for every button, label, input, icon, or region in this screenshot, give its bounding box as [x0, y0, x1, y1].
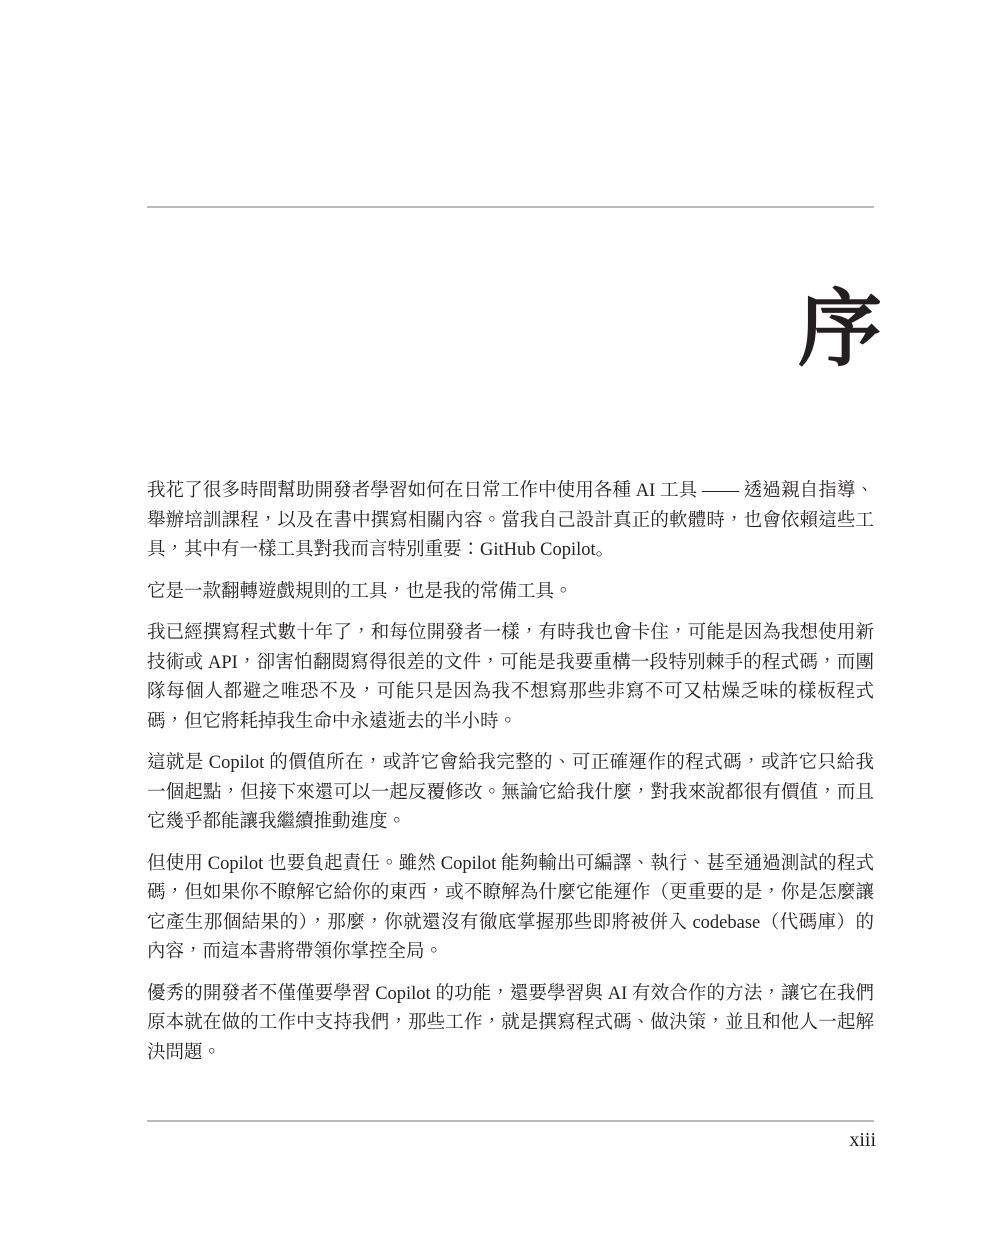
paragraph-1: 我花了很多時間幫助開發者學習如何在日常工作中使用各種 AI 工具 —— 透過親自… — [147, 477, 874, 566]
paragraph-2: 它是一款翻轉遊戲規則的工具，也是我的常備工具。 — [147, 578, 874, 608]
book-preface-page: 序 我花了很多時間幫助開發者學習如何在日常工作中使用各種 AI 工具 —— 透過… — [0, 0, 1000, 1236]
page-number: xiii — [147, 1129, 876, 1152]
paragraph-3: 我已經撰寫程式數十年了，和每位開發者一樣，有時我也會卡住，可能是因為我想使用新技… — [147, 619, 874, 737]
top-divider-rule — [147, 206, 874, 208]
paragraph-4: 這就是 Copilot 的價值所在，或許它會給我完整的、可正確運作的程式碼，或許… — [147, 749, 874, 838]
preface-body: 我花了很多時間幫助開發者學習如何在日常工作中使用各種 AI 工具 —— 透過親自… — [147, 477, 874, 1080]
paragraph-6: 優秀的開發者不僅僅要學習 Copilot 的功能，還要學習與 AI 有效合作的方… — [147, 980, 874, 1069]
bottom-divider-rule — [147, 1120, 874, 1122]
chapter-title: 序 — [147, 287, 882, 371]
paragraph-5: 但使用 Copilot 也要負起責任。雖然 Copilot 能夠輸出可編譯、執行… — [147, 850, 874, 968]
